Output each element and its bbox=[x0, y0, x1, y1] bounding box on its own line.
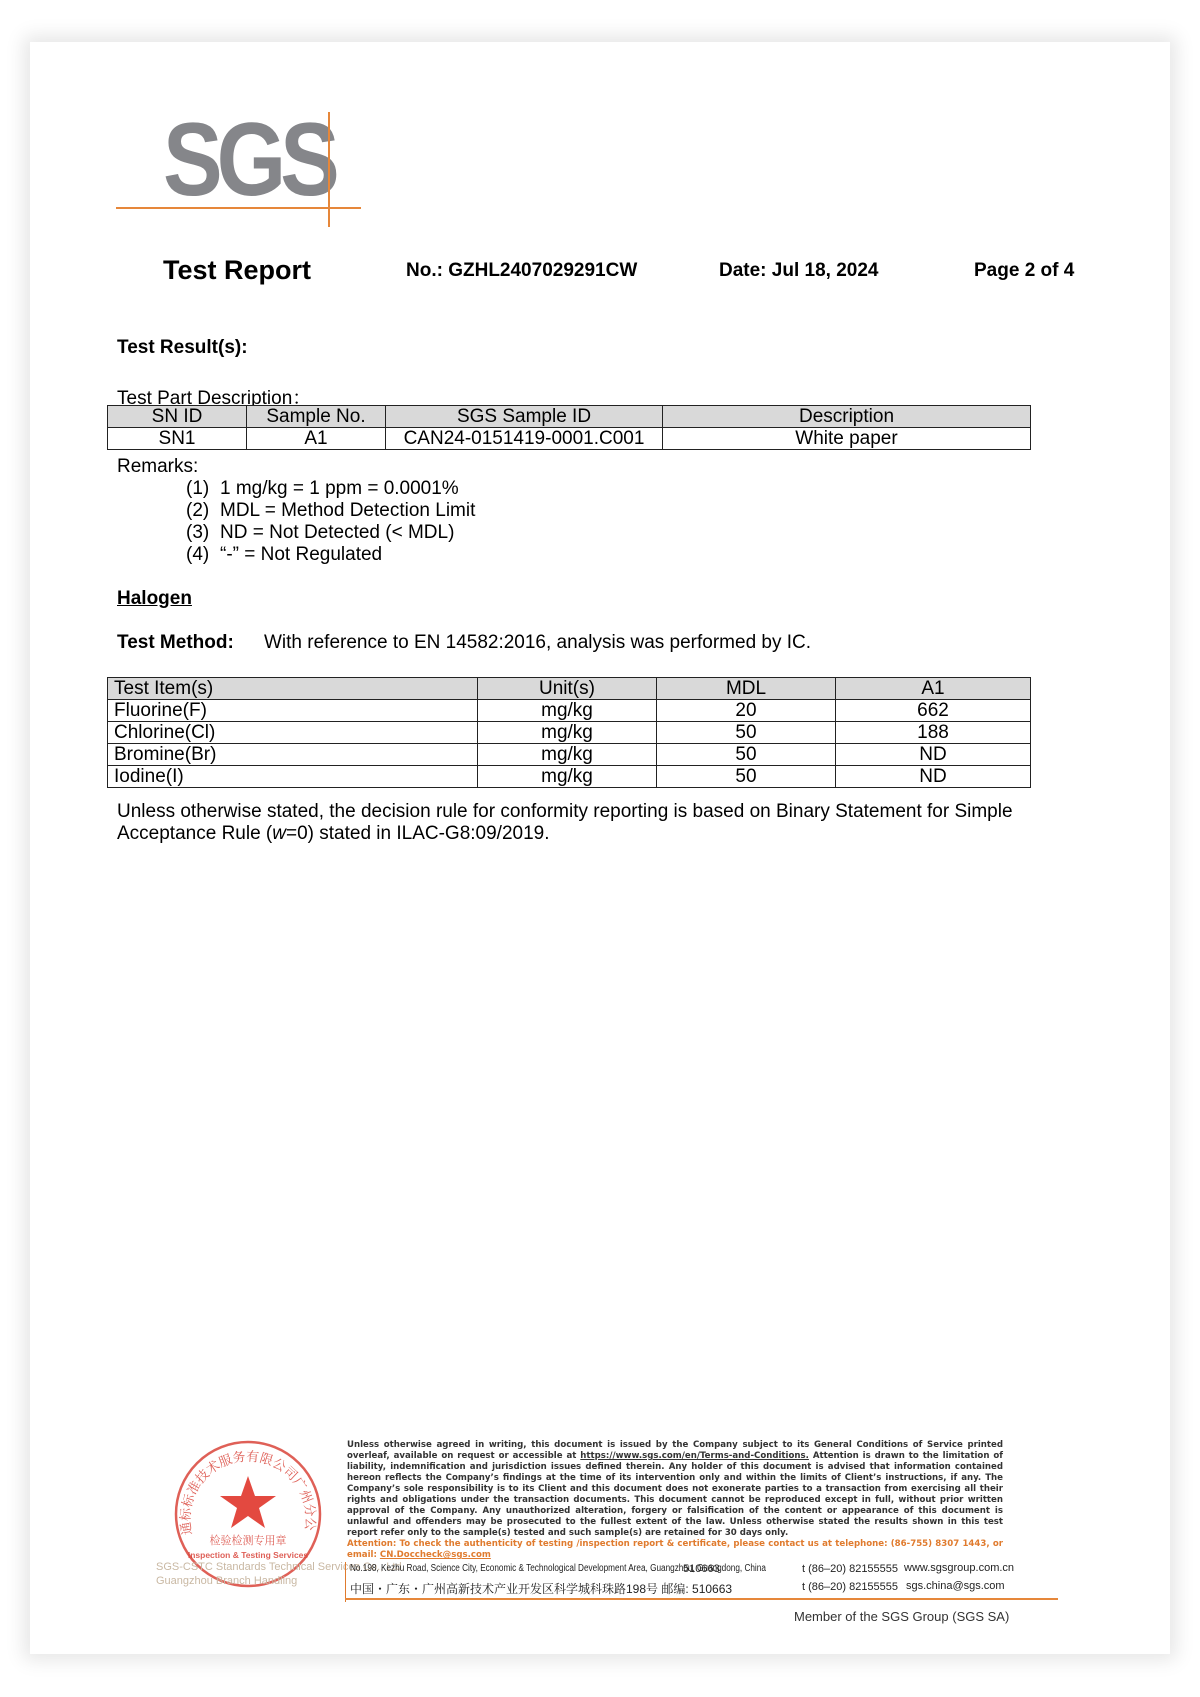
section-title: Test Result(s): bbox=[117, 337, 248, 359]
result-cell: ND bbox=[836, 744, 1031, 766]
sn-id-cell: SN1 bbox=[108, 428, 247, 450]
doccheck-email-link[interactable]: CN.Doccheck@sgs.com bbox=[380, 1550, 491, 1560]
unit-cell: mg/kg bbox=[478, 766, 657, 788]
description-cell: White paper bbox=[663, 428, 1031, 450]
telephone-1: t (86–20) 82155555 bbox=[802, 1563, 898, 1575]
column-header: A1 bbox=[836, 678, 1031, 700]
report-date: Date: Jul 18, 2024 bbox=[719, 260, 878, 282]
mdl-cell: 20 bbox=[657, 700, 836, 722]
page-indicator: Page 2 of 4 bbox=[974, 260, 1074, 282]
mdl-cell: 50 bbox=[657, 722, 836, 744]
sgs-sample-id-cell: CAN24-0151419-0001.C001 bbox=[386, 428, 663, 450]
table-header-row: Test Item(s) Unit(s) MDL A1 bbox=[108, 678, 1031, 700]
table-row: Fluorine(F) mg/kg 20 662 bbox=[108, 700, 1031, 722]
decision-rule-text: Unless otherwise stated, the decision ru… bbox=[117, 801, 1037, 845]
unit-cell: mg/kg bbox=[478, 744, 657, 766]
address-divider-horizontal bbox=[345, 1598, 1058, 1600]
column-header: MDL bbox=[657, 678, 836, 700]
halogen-heading: Halogen bbox=[117, 588, 192, 610]
result-cell: ND bbox=[836, 766, 1031, 788]
column-header: Test Item(s) bbox=[108, 678, 478, 700]
star-icon bbox=[220, 1476, 276, 1528]
authenticity-notice: Attention: To check the authenticity of … bbox=[347, 1539, 1003, 1561]
table-row: Iodine(I) mg/kg 50 ND bbox=[108, 766, 1031, 788]
address-divider-vertical bbox=[345, 1562, 346, 1602]
remark-item: (4)“-” = Not Regulated bbox=[186, 544, 475, 566]
halogen-results-table: Test Item(s) Unit(s) MDL A1 Fluorine(F) … bbox=[107, 677, 1031, 788]
column-header: SGS Sample ID bbox=[386, 406, 663, 428]
mdl-cell: 50 bbox=[657, 766, 836, 788]
unit-cell: mg/kg bbox=[478, 700, 657, 722]
result-cell: 662 bbox=[836, 700, 1031, 722]
sgs-logo: SGS bbox=[163, 108, 334, 212]
report-title: Test Report bbox=[163, 255, 311, 286]
table-row: Bromine(Br) mg/kg 50 ND bbox=[108, 744, 1031, 766]
remark-item: (3)ND = Not Detected (< MDL) bbox=[186, 522, 475, 544]
logo-horizontal-rule bbox=[116, 207, 361, 209]
test-item-cell: Bromine(Br) bbox=[108, 744, 478, 766]
table-row: Chlorine(Cl) mg/kg 50 188 bbox=[108, 722, 1031, 744]
test-part-table: SN ID Sample No. SGS Sample ID Descripti… bbox=[107, 405, 1031, 450]
test-item-cell: Iodine(I) bbox=[108, 766, 478, 788]
test-item-cell: Fluorine(F) bbox=[108, 700, 478, 722]
legal-disclaimer: Unless otherwise agreed in writing, this… bbox=[347, 1440, 1003, 1561]
column-header: SN ID bbox=[108, 406, 247, 428]
result-cell: 188 bbox=[836, 722, 1031, 744]
zip-code: 510663 bbox=[683, 1563, 720, 1575]
test-method-label: Test Method: bbox=[117, 632, 234, 654]
table-row: SN1 A1 CAN24-0151419-0001.C001 White pap… bbox=[108, 428, 1031, 450]
stamp-center-cn: 检验检测专用章 bbox=[210, 1533, 287, 1547]
test-item-cell: Chlorine(Cl) bbox=[108, 722, 478, 744]
report-number: No.: GZHL2407029291CW bbox=[406, 260, 637, 282]
address-chinese: 中国・广东・广州高新技术产业开发区科学城科珠路198号 邮编: 510663 bbox=[350, 1580, 732, 1597]
column-header: Unit(s) bbox=[478, 678, 657, 700]
remark-item: (1)1 mg/kg = 1 ppm = 0.0001% bbox=[186, 478, 475, 500]
terms-link[interactable]: https://www.sgs.com/en/Terms-and-Conditi… bbox=[580, 1451, 809, 1461]
telephone-2: t (86–20) 82155555 bbox=[802, 1581, 898, 1593]
contact-email-link[interactable]: sgs.china@sgs.com bbox=[906, 1580, 1005, 1592]
remarks-list: (1)1 mg/kg = 1 ppm = 0.0001% (2)MDL = Me… bbox=[186, 478, 475, 566]
column-header: Description bbox=[663, 406, 1031, 428]
unit-cell: mg/kg bbox=[478, 722, 657, 744]
website-link[interactable]: www.sgsgroup.com.cn bbox=[904, 1562, 1014, 1574]
stamp-center-en: Inspection & Testing Services bbox=[188, 1550, 309, 1560]
table-header-row: SN ID Sample No. SGS Sample ID Descripti… bbox=[108, 406, 1031, 428]
sample-no-cell: A1 bbox=[247, 428, 386, 450]
mdl-cell: 50 bbox=[657, 744, 836, 766]
remarks-title: Remarks: bbox=[117, 456, 198, 478]
remark-item: (2)MDL = Method Detection Limit bbox=[186, 500, 475, 522]
test-method-text: With reference to EN 14582:2016, analysi… bbox=[264, 632, 811, 654]
column-header: Sample No. bbox=[247, 406, 386, 428]
member-statement: Member of the SGS Group (SGS SA) bbox=[794, 1609, 1009, 1624]
logo-vertical-rule bbox=[328, 112, 330, 227]
